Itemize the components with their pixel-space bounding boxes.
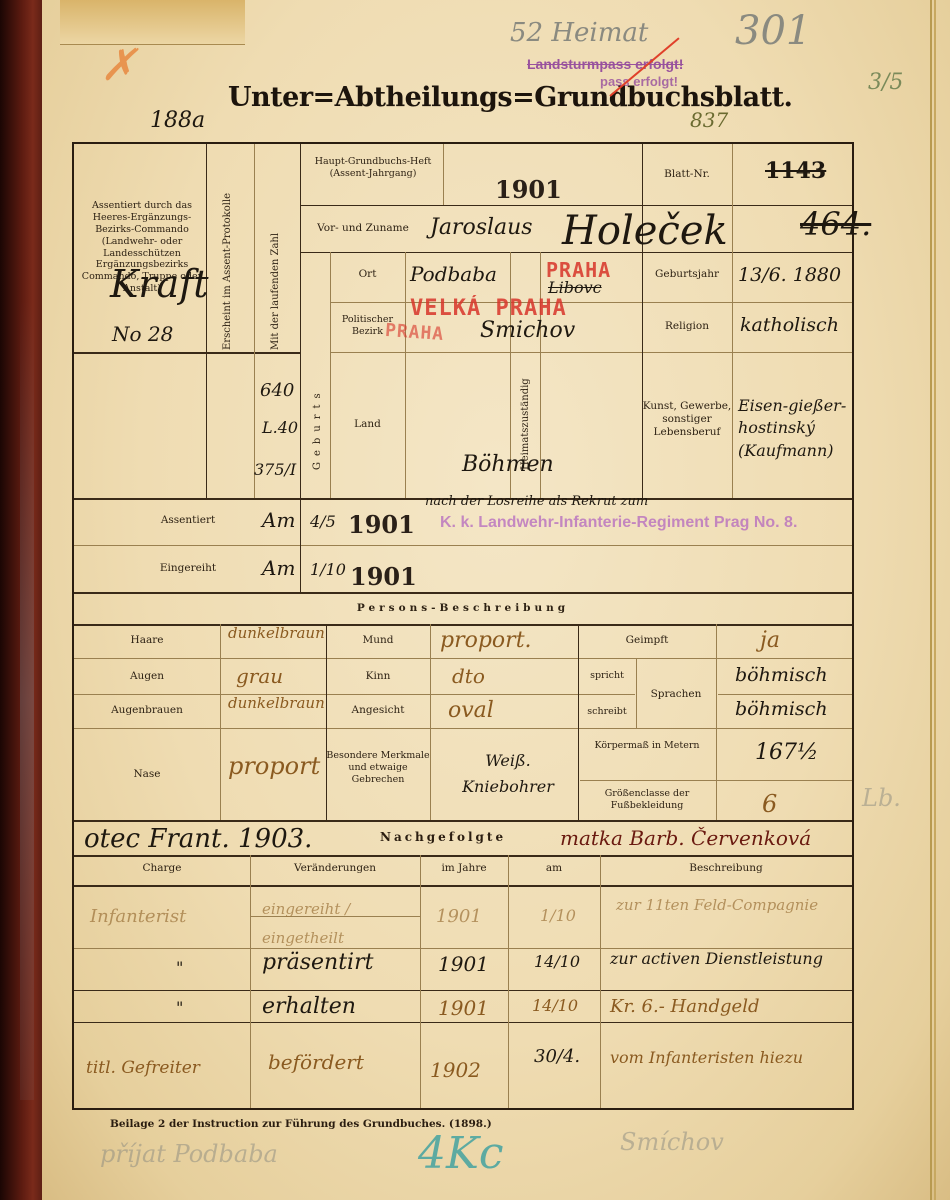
protokoll-label: Erscheint im Assent-Protokolle	[222, 170, 233, 350]
col-jahre: im Jahre	[420, 862, 508, 875]
fussbekleidung-value: 6	[762, 790, 777, 818]
ort-label: Ort	[330, 268, 405, 281]
year-scribble: 188a	[150, 108, 205, 133]
row1-desc: zur 11ten Feld-Compagnie	[616, 892, 836, 919]
row2-date: 14/10	[534, 952, 580, 971]
stamp-velka-praha: VELKÁ PRAHA	[410, 296, 567, 321]
hauptgrundbuch-label: Haupt-Grundbuchs-Heft (Assent-Jahrgang)	[304, 156, 442, 180]
row4-date: 30/4.	[534, 1046, 580, 1067]
land-value: Böhmen	[462, 452, 554, 477]
koerpermass-value: 167½	[755, 740, 818, 765]
angesicht-value: oval	[448, 698, 494, 723]
spricht-label: spricht	[578, 670, 636, 682]
beruf-value: Eisen-gießer-hostinský (Kaufmann)	[738, 395, 848, 462]
stamp-praha-2: PRAHA	[384, 320, 445, 345]
pencil-footer-right: Smíchov	[620, 1128, 724, 1156]
stamp-pass-erfolgt: Landsturmpass erfolgt!	[527, 56, 683, 72]
merkmale-value: Weiß. Kniebohrer	[440, 748, 576, 799]
ort-value: Podbaba	[410, 262, 497, 286]
nase-value: proport	[228, 752, 320, 780]
assentiert-year: 1901	[348, 510, 415, 539]
augen-label: Augen	[74, 670, 220, 683]
row3-date: 14/10	[532, 996, 578, 1015]
row4-desc: vom Infanteristen hiezu	[610, 1040, 830, 1075]
mund-label: Mund	[326, 634, 430, 647]
blatt-label: Blatt-Nr.	[642, 168, 732, 181]
row2-change: präsentirt	[262, 950, 373, 975]
hauptgrundbuch-value: 1901	[495, 175, 562, 204]
sprachen-label: Sprachen	[636, 688, 716, 701]
row3-desc: Kr. 6.- Handgeld	[610, 996, 760, 1017]
row3-year: 1901	[438, 996, 489, 1020]
assentiert-date: 4/5	[310, 512, 336, 531]
row4-charge: titl. Gefreiter	[86, 1058, 200, 1078]
assentiert-durch-value: No 28	[112, 322, 173, 346]
page-edge	[930, 0, 936, 1200]
spricht-value: böhmisch	[735, 664, 828, 686]
nachgefolgte-right-note: matka Barb. Červenková	[560, 826, 811, 850]
row2-desc: zur activen Dienstleistung	[610, 950, 830, 968]
schreibt-label: schreibt	[578, 706, 636, 718]
row1-date: 1/10	[540, 906, 576, 925]
row2-charge: "	[176, 958, 183, 977]
nachgefolgte-left-note: otec Frant. 1903.	[84, 824, 312, 854]
haare-label: Haare	[74, 634, 220, 647]
eingereiht-year: 1901	[350, 562, 417, 591]
koerpermass-label: Körpermaß in Metern	[578, 740, 716, 752]
nachgefolgte-title: Nachgefolgte	[380, 830, 506, 844]
angesicht-label: Angesicht	[326, 704, 430, 717]
row3-change: erhalten	[262, 994, 356, 1019]
nase-label: Nase	[74, 768, 220, 781]
blue-footer-note: 4Kc	[418, 1128, 504, 1179]
row3-charge: "	[176, 998, 183, 1017]
religion-label: Religion	[642, 320, 732, 333]
land-label: Land	[330, 418, 405, 431]
right-pencil-note: 3/5	[868, 70, 903, 95]
orange-scribble: ✗	[100, 40, 137, 91]
surname: Holeček	[562, 208, 728, 254]
side-pencil-note: Lb.	[862, 784, 901, 812]
description-title: Persons-Beschreibung	[74, 602, 852, 615]
geburts-label: Geburts	[312, 340, 323, 470]
fussbekleidung-label: Größenclasse der Fußbekleidung	[578, 788, 716, 812]
name-label: Vor- und Zuname	[304, 222, 422, 235]
protokoll-value-1: 640	[260, 380, 294, 401]
row1-change: eingereiht / eingetheilt	[262, 895, 412, 952]
kinn-value: dto	[452, 664, 485, 688]
beruf-label: Kunst, Gewerbe, sonstiger Lebensberuf	[642, 400, 732, 439]
augenbrauen-value: dunkelbraun	[228, 696, 320, 711]
col-veraenderungen: Veränderungen	[250, 862, 420, 875]
col-charge: Charge	[74, 862, 250, 875]
protokoll-value-3: 375/I	[254, 460, 296, 479]
row1-year: 1901	[436, 906, 482, 927]
geburtsjahr-label: Geburtsjahr	[642, 268, 732, 281]
schreibt-value: böhmisch	[735, 698, 828, 720]
pencil-footer-left: příjat Podbaba	[100, 1140, 278, 1168]
first-name: Jaroslaus	[430, 215, 533, 240]
row4-change: befördert	[268, 1050, 364, 1074]
commander-signature: Kraft	[110, 262, 209, 306]
binding-stripe	[20, 300, 34, 1100]
row1-charge: Infanterist	[90, 906, 186, 927]
name-number: 464.	[800, 205, 871, 243]
assentiert-am: Am	[262, 508, 295, 532]
laufende-zahl-label: Mit der laufenden Zahl	[270, 200, 281, 350]
augen-value: grau	[236, 664, 283, 688]
geburtsjahr-value: 13/6. 1880	[738, 264, 841, 286]
mund-value: proport.	[440, 628, 532, 653]
row2-year: 1901	[438, 952, 489, 976]
assentiert-note: nach der Losreihe als Rekrut zum	[425, 494, 648, 509]
kinn-label: Kinn	[326, 670, 430, 683]
col-beschreibung: Beschreibung	[600, 862, 852, 875]
regiment-stamp: K. k. Landwehr-Infanterie-Regiment Prag …	[440, 514, 797, 532]
stamp-praha-1: PRAHA	[546, 258, 611, 282]
eingereiht-date: 1/10	[310, 560, 346, 579]
number-837: 837	[690, 108, 728, 132]
torn-corner	[60, 0, 245, 45]
blatt-value: 1143	[765, 158, 826, 184]
geimpft-label: Geimpft	[578, 634, 716, 647]
merkmale-label: Besondere Merkmale und etwaige Gebrechen	[326, 750, 430, 786]
augenbrauen-label: Augenbrauen	[74, 704, 220, 717]
religion-value: katholisch	[740, 314, 839, 336]
protokoll-value-2: L.40	[262, 418, 298, 437]
eingereiht-am: Am	[262, 556, 295, 580]
heimat-note: 52 Heimat	[510, 18, 648, 48]
pencil-number: 301	[735, 8, 811, 54]
geimpft-value: ja	[760, 628, 780, 653]
row4-year: 1902	[430, 1058, 481, 1082]
bezirk-value: Smichov	[480, 318, 575, 343]
haare-value: dunkelbraun	[228, 626, 320, 641]
col-am: am	[508, 862, 600, 875]
